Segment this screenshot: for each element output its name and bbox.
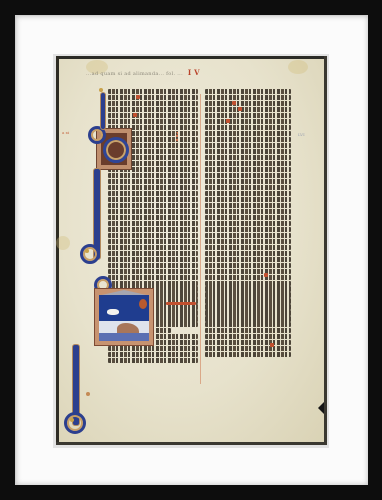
rubric-mark (264, 273, 268, 277)
folio-mark: I V (188, 68, 200, 77)
parchment-stain (288, 60, 308, 74)
page-edge-left (56, 56, 59, 445)
manuscript-page: ...ad quam si ad alimanda... fol. ... I … (56, 56, 327, 445)
column-divider-rubric (200, 94, 201, 384)
gold-dot (85, 249, 89, 253)
scroll-ornament (80, 244, 100, 264)
scroll-ornament (64, 412, 86, 434)
gold-bud (86, 392, 90, 396)
rubric-marginalia (176, 132, 196, 142)
rubric-mark (136, 95, 140, 99)
historiated-initial-miniature (94, 288, 154, 346)
right-text-column (205, 89, 291, 358)
left-margin-note: a xi (62, 130, 69, 135)
page-edge-right (324, 56, 327, 445)
rubric-mark (238, 107, 242, 111)
page-edge-bottom (56, 442, 327, 445)
right-margin-note: LVI (298, 132, 305, 137)
rubric-mark (232, 101, 236, 105)
running-head: ...ad quam si ad alimanda... fol. ... I … (86, 68, 200, 77)
gold-dot (70, 418, 74, 422)
gold-bud (99, 88, 103, 92)
parchment-stain (56, 236, 70, 250)
picture-frame: ...ad quam si ad alimanda... fol. ... I … (0, 0, 382, 500)
initial-ascender (100, 92, 106, 130)
rubric-heading (166, 302, 196, 305)
page-tab-mark (318, 402, 324, 414)
rubric-mark (133, 113, 137, 117)
page-edge-top (56, 56, 327, 59)
rubric-mark (270, 343, 274, 347)
rubric-mark (226, 119, 230, 123)
running-head-text: ...ad quam si ad alimanda... fol. ... (86, 71, 183, 77)
